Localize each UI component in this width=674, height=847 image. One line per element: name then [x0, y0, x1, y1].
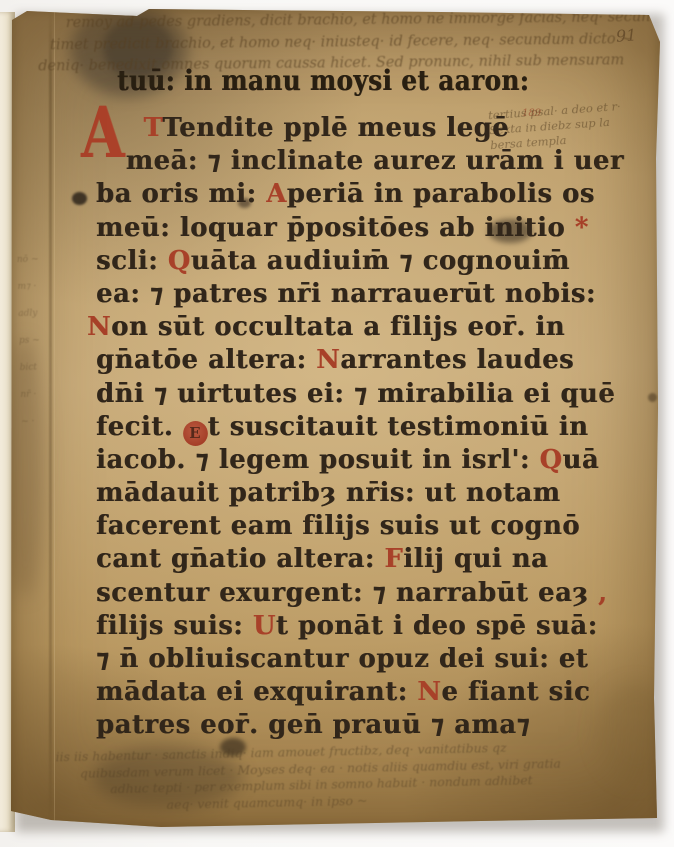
manuscript-line: scli: Quāta audiuim̄ ⁊ cognouim̄: [96, 245, 652, 278]
manuscript-line: mādauit patribȝ nr̄is: ut notam: [96, 477, 652, 510]
text-segment: meū: loquar p̄positōes ab initio: [96, 213, 575, 243]
rubric-letter: A: [266, 179, 287, 209]
rubric-letter: ,: [588, 578, 607, 608]
bottom-marginalia: iis iis habentur · sanctis indiq· iam am…: [55, 737, 656, 816]
manuscript-line: ea: ⁊ patres nr̄i narrauerūt nobis:: [96, 278, 652, 311]
manuscript-line: ba oris mi: Aperiā in parabolis os: [96, 178, 652, 211]
manuscript-line: ⁊ n̄ obliuiscantur opuz dei sui: et: [96, 643, 652, 676]
text-segment: cant gn̄atio altera:: [96, 544, 384, 574]
rubric-letter: N: [87, 312, 111, 342]
manuscript-line: gn̄atōe altera: Narrantes laudes: [96, 344, 652, 377]
manuscript-line: cant gn̄atio altera: Filij qui na: [96, 543, 652, 576]
bottom-smudge: [93, 746, 243, 808]
manuscript-line: dn̄i ⁊ uirtutes ei: ⁊ mirabilia ei quē: [96, 378, 652, 411]
manuscript-line: mādata ei exquirant: Ne fiant sic: [96, 676, 652, 709]
ink-dot: [72, 192, 87, 205]
text-segment: ea: ⁊ patres nr̄i narrauerūt nobis:: [96, 279, 596, 309]
manuscript-line: iacob. ⁊ legem posuit in isrl': Quā: [96, 444, 652, 477]
text-segment: mādata ei exquirant:: [96, 677, 417, 707]
rubric-letter: U: [253, 611, 276, 641]
rubric-letter: N: [417, 677, 441, 707]
marginalia-line: adhuc tepti · per exemplum sibi in somno…: [110, 770, 656, 798]
marginalia-line: nr̄ ·: [20, 380, 97, 409]
text-segment: uā: [563, 445, 600, 475]
psalm-heading-line: tuū: in manu moysi et aaron:: [117, 64, 529, 97]
manuscript-line: facerent eam filijs suis ut cognō: [96, 510, 652, 543]
rubric-letter: N: [316, 345, 340, 375]
text-segment: scentur exurgent: ⁊ narrabūt eaȝ: [96, 578, 588, 608]
manuscript-line: TTendite pplē meus legē: [96, 112, 652, 145]
text-segment: fecit.: [96, 412, 183, 442]
left-marginalia: nō ~m⁊ ·adlyps ~bictnr̄ ·~ ·: [17, 245, 98, 436]
marginalia-line: timet predicit brachio, et homo neq· ini…: [50, 28, 666, 56]
marginalia-line: remoy ad pedes gradiens, dicit brachio, …: [66, 7, 666, 35]
text-segment: uāta audiuim̄ ⁊ cognouim̄: [191, 246, 570, 276]
text-segment: mādauit patribȝ nr̄is: ut notam: [96, 478, 561, 508]
marginalia-line: adly: [18, 299, 95, 328]
text-segment: e fiant sic: [441, 677, 590, 707]
text-segment: facerent eam filijs suis ut cognō: [96, 511, 580, 541]
text-segment: ilij qui na: [403, 544, 548, 574]
text-segment: iacob. ⁊ legem posuit in isrl':: [96, 445, 540, 475]
red-disc-initial: E: [183, 421, 208, 446]
rubric-letter: *: [575, 213, 589, 243]
rubric-letter: F: [384, 544, 403, 574]
rubric-letter: T: [144, 113, 163, 143]
manuscript-line: fecit. Et suscitauit testimoniū in: [96, 411, 652, 444]
manuscript-line: Non sūt occultata a filijs eor̄. in: [87, 311, 652, 344]
text-segment: dn̄i ⁊ uirtutes ei: ⁊ mirabilia ei quē: [96, 379, 615, 409]
marginalia-line: quibusdam verum licet · Moyses deq· ea ·…: [80, 753, 656, 782]
crease-highlight: [54, 8, 55, 828]
manuscript-line: meū: loquar p̄positōes ab initio *: [96, 212, 652, 245]
text-segment: t suscitauit testimoniū in: [208, 412, 589, 442]
marginalia-line: ps ~: [19, 326, 96, 355]
folio-number: 91: [615, 25, 637, 45]
marginalia-line: m⁊ ·: [17, 272, 94, 301]
text-segment: Tendite pplē meus legē: [162, 113, 509, 143]
text-segment: scli:: [96, 246, 168, 276]
manuscript-line: scentur exurgent: ⁊ narrabūt eaȝ ,: [96, 577, 652, 610]
text-segment: meā: ⁊ inclinate aurez urām i uer: [126, 146, 624, 176]
marginalia-line: bict: [19, 353, 96, 382]
text-segment: patres eor̄. gen̄ prauū ⁊ ama⁊: [96, 710, 530, 740]
rubric-letter: Q: [168, 246, 191, 276]
text-segment: arrantes laudes: [340, 345, 574, 375]
text-segment: periā in parabolis os: [287, 179, 595, 209]
text-segment: on sūt occultata a filijs eor̄. in: [111, 312, 565, 342]
text-segment: ⁊ n̄ obliuiscantur opuz dei sui: et: [96, 644, 588, 674]
manuscript-scan: remoy ad pedes gradiens, dicit brachio, …: [0, 0, 674, 847]
text-segment: gn̄atōe altera:: [96, 345, 316, 375]
text-segment: filijs suis:: [96, 611, 253, 641]
manuscript-line: meā: ⁊ inclinate aurez urām i uer: [96, 145, 652, 178]
manuscript-line: patres eor̄. gen̄ prauū ⁊ ama⁊: [96, 709, 652, 742]
text-segment: t ponāt i deo spē suā:: [276, 611, 598, 641]
psalm-text-block: TTendite pplē meus legēmeā: ⁊ inclinate …: [96, 112, 658, 743]
manuscript-line: filijs suis: Ut ponāt i deo spē suā:: [96, 610, 652, 643]
marginalia-line: aeq· venit quamcumq· in ipso ~: [166, 786, 656, 813]
rubric-letter: Q: [540, 445, 563, 475]
vertical-crease: [49, 8, 52, 828]
marginalia-line: ~ ·: [21, 407, 98, 436]
parchment-page: remoy ad pedes gradiens, dicit brachio, …: [11, 8, 660, 828]
text-segment: ba oris mi:: [96, 179, 266, 209]
